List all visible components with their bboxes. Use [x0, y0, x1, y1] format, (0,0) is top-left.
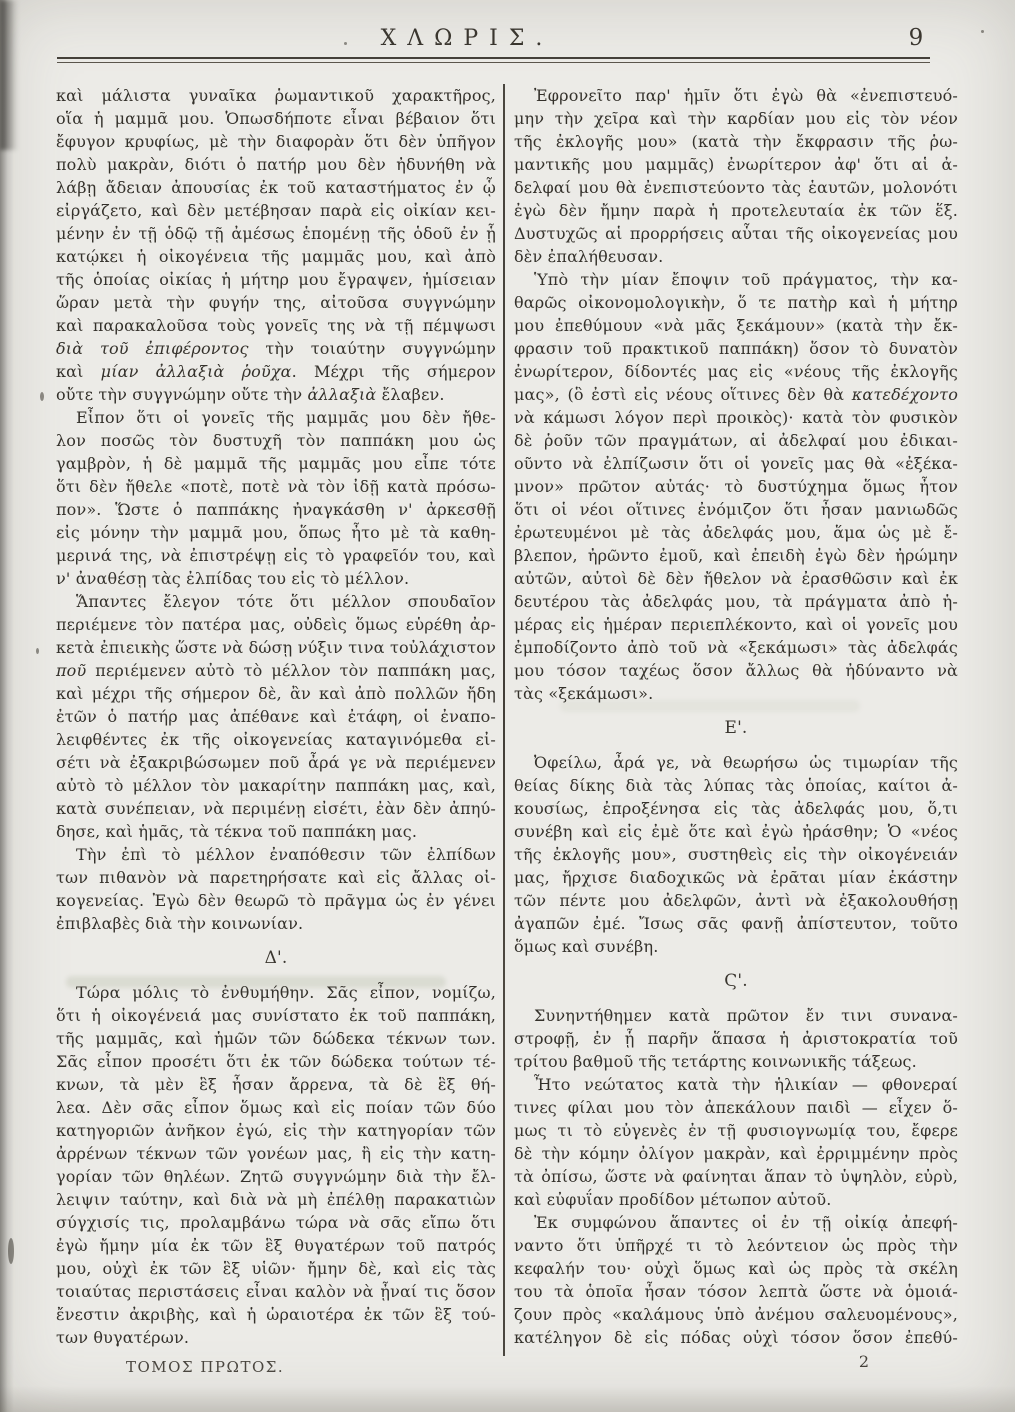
text-line: σύγχισίς τις, προλαμβάνω τώρα νὰ σᾶς εἴπ… [56, 1211, 496, 1234]
text-segment: καὶ μέχρι τῆς σήμερον δὲ, ἂν καὶ ἀπὸ πολ… [56, 684, 496, 703]
text-line: κουσίως, ἐπροξένησα εἰς τὰς ἀδελφάς μου,… [514, 797, 958, 820]
text-segment: δὲ ῥοῦν τῶν πραγμάτων, αἱ ἀδελφαί μου ἐδ… [514, 431, 958, 450]
text-line: μένην ἐν τῇ ὁδῷ τῇ ἀμέσως ἑπομένῃ τῆς ὁδ… [56, 222, 496, 245]
text-segment: κατὰ συνέπειαν, νὰ περιμένῃ εἰσέτι, ἐὰν … [56, 799, 496, 818]
text-line: δὲ ῥοῦν τῶν πραγμάτων, αἱ ἀδελφαί μου ἐδ… [514, 429, 958, 452]
text-segment: μας, ἤρχισε διαδοχικῶς νὰ ἐρᾶται μίαν ἑκ… [514, 868, 958, 887]
text-line: τῆς ἐκλογῆς μου» (κατὰ τὴν ἔκφρασιν τῆς … [514, 130, 958, 153]
signature-number: 2 [854, 1352, 874, 1371]
text-segment: ν' ἀναθέσῃ τὰς ἐλπίδας του εἰς τὸ μέλλον… [56, 569, 409, 588]
text-segment: τῆς μαμμᾶς, καὶ ἡμῶν τῶν δώδεκα τέκνων τ… [56, 1029, 496, 1048]
italic-text: ἀλλαξιὰ [308, 385, 377, 404]
text-line: ναντο ὅτι ὑπῆρχέ τι τὸ λεόντειον ὡς πρὸς… [514, 1234, 958, 1257]
text-line: κετὰ ἐπιεικὴς ὥστε νὰ δώσῃ νύξιν τινα το… [56, 636, 496, 659]
text-segment: αὐτὸ τὸ μέλλον τὸν μακαρίτην παππάκη μας… [56, 776, 496, 795]
header-double-rule [57, 57, 930, 63]
text-segment: φρασιν τοῦ πρακτικοῦ παππάκη) ὅσον τὸ δυ… [514, 339, 958, 358]
paragraph: Συνηντήθημεν κατὰ πρῶτον ἔν τινι συνανα-… [514, 1004, 958, 1073]
text-line: ἐγὼ ἤμην μία ἐκ τῶν ἓξ θυγατέρων τοῦ πατ… [56, 1234, 496, 1257]
text-segment: Ἐφρονεῖτο παρ' ἡμῖν ὅτι ἐγὼ θὰ «ἐνεπιστε… [534, 86, 958, 105]
italic-text: μίαν ἀλλαξιὰ ῥοῦχα [101, 362, 292, 381]
text-segment: ἐγὼ δὲν ἤμην παρὰ ἡ προτελευταία ἐκ τῶν … [514, 201, 958, 220]
text-segment: λον ποσῶς τὸν δυστυχῆ τὸν παππάκη μου ὡς [56, 431, 496, 450]
text-segment: ἐγὼ ἤμην μία ἐκ τῶν ἓξ θυγατέρων τοῦ πατ… [56, 1236, 496, 1255]
text-line: φρασιν τοῦ πρακτικοῦ παππάκη) ὅσον τὸ δυ… [514, 337, 958, 360]
text-line: ἔφυγον κρυφίως, μὲ τὴν διαφορὰν ὅτι δὲν … [56, 130, 496, 153]
text-segment: κατέληγον δὲ εἰς πόδας οὐχὶ τόσον ὅσον ἐ… [514, 1328, 958, 1347]
text-segment: Τώρα μόλις τὸ ἐνθυμήθην. Σᾶς εἶπον, νομί… [76, 983, 496, 1002]
text-line: κατέληγον δὲ εἰς πόδας οὐχὶ τόσον ὅσον ἐ… [514, 1326, 958, 1349]
text-segment: ναντο ὅτι ὑπῆρχέ τι τὸ λεόντειον ὡς πρὸς… [514, 1236, 958, 1255]
text-line: ἀρρένων τέκνων τῶν γονέων μας, ἢ εἰς τὴν… [56, 1142, 496, 1165]
text-line: Ἦτο νεώτατος κατὰ τὴν ἡλικίαν — φθονεραί [514, 1073, 958, 1096]
text-segment: μερινά της, νὰ ἐπιστρέψῃ εἰς τὸ γραφεῖόν… [56, 546, 496, 565]
right-column: Ἐφρονεῖτο παρ' ἡμῖν ὅτι ἐγὼ θὰ «ἐνεπιστε… [514, 84, 958, 1349]
text-segment: μου τόσον ταχέως ὅσον ἄλλως θὰ ἠδύναντο … [514, 661, 958, 680]
text-segment: λειφθέντες ἐκ τῆς οἰκογενείας καταγινόμε… [56, 730, 496, 749]
text-line: Ἐφρονεῖτο παρ' ἡμῖν ὅτι ἐγὼ θὰ «ἐνεπιστε… [514, 84, 958, 107]
column-divider-rule [503, 84, 505, 1356]
document-page: ΧΛΩΡΙΣ. 9 καὶ μάλιστα γυναῖκα ῥωμαντικοῦ… [0, 0, 1015, 1412]
text-line: κογενείας. Ἐγὼ δὲν θεωρῶ τὸ πρᾶγμα ὡς ἐν… [56, 889, 496, 912]
text-line: τῆς ὁποίας οἰκίας ἡ μήτηρ μου ἔγραψεν, ἡ… [56, 268, 496, 291]
text-line: περιέμενε τὸν πατέρα μας, οὐδεὶς ὅμως εὑ… [56, 613, 496, 636]
text-segment: ἐπιβλαβὲς διὰ τὴν κοινωνίαν. [56, 914, 303, 933]
text-line: θαρῶς οἰκονομολογικὴν, ὅ τε πατὴρ καὶ ἡ … [514, 291, 958, 314]
text-segment: καὶ παρακαλοῦσα τοὺς γονεῖς της νὰ τῇ πέ… [56, 316, 496, 335]
text-line: οῦντο νὰ ἐλπίζωσιν ὅτι οἱ γονεῖς μας θὰ … [514, 452, 958, 475]
scan-corner-shadow [0, 0, 20, 150]
text-line: ἐτῶν ὁ πατήρ μας ἀπέθανε καὶ ἐτάφη, οἱ ἐ… [56, 705, 496, 728]
text-line: λεα. Δὲν σᾶς εἶπον ὅμως καὶ εἰς ποίαν τῶ… [56, 1096, 496, 1119]
paragraph: Ὑπὸ τὴν μίαν ἔποψιν τοῦ πράγματος, τὴν κ… [514, 268, 958, 705]
text-segment: Συνηντήθημεν κατὰ πρῶτον ἔν τινι συνανα- [534, 1006, 958, 1025]
text-segment: τὰ ὀπίσω, ὥστε νὰ φαίνηται ἅπαν τὸ ὑψηλὸ… [514, 1167, 958, 1186]
text-line: καὶ παρακαλοῦσα τοὺς γονεῖς της νὰ τῇ πέ… [56, 314, 496, 337]
text-line: τῶν πέντε μου ἀδελφῶν, ἀντὶ νὰ ἐξακολουθ… [514, 889, 958, 912]
text-line: ν' ἀναθέσῃ τὰς ἐλπίδας του εἰς τὸ μέλλον… [56, 567, 496, 590]
volume-label: ΤΟΜΟΣ ΠΡΩΤΟΣ. [126, 1358, 284, 1376]
text-line: νὰ κάμωσι λόγον περὶ προικὸς)· κατὰ τὸν … [514, 406, 958, 429]
text-segment: καὶ [56, 362, 101, 381]
text-segment: Τὴν ἐπὶ τὸ μέλλον ἐναπόθεσιν τῶν ἐλπίδων [76, 845, 496, 864]
text-line: εἰργάζετο, καὶ δὲν μετέβησαν παρὰ εἰς οἰ… [56, 199, 496, 222]
text-line: δελφαί μου θὰ ἐνεπιστεύοντο τὰς ἑαυτῶν, … [514, 176, 958, 199]
text-segment: κουσίως, ἐπροξένησα εἰς τὰς ἀδελφάς μου,… [514, 799, 958, 818]
paragraph: Ἐφρονεῖτο παρ' ἡμῖν ὅτι ἐγὼ θὰ «ἐνεπιστε… [514, 84, 958, 268]
text-segment: περιέμενεν αὐτὸ τὸ μέλλον τὸν παππάκη μα… [86, 661, 496, 680]
text-line: οὔτε τὴν συγγνώμην οὔτε τὴν ἀλλαξιὰ ἔλαβ… [56, 383, 496, 406]
text-segment: λάβῃ ἄδειαν ἀπουσίας ἐκ τοῦ καταστήματος… [56, 178, 496, 197]
text-segment: μως τι τὸ εὐγενὲς ἐν τῇ φυσιογνωμίᾳ του,… [514, 1121, 958, 1140]
paragraph: Τώρα μόλις τὸ ἐνθυμήθην. Σᾶς εἶπον, νομί… [56, 981, 496, 1349]
text-line: καὶ μέχρι τῆς σήμερον δὲ, ἂν καὶ ἀπὸ πολ… [56, 682, 496, 705]
page-number: 9 [896, 25, 936, 51]
scan-speck [981, 30, 984, 33]
text-segment: καὶ μάλιστα γυναῖκα ῥωμαντικοῦ χαρακτῆρο… [56, 86, 496, 105]
text-line: δησε, καὶ ἡμᾶς, τὰ τέκνα τοῦ παππάκη μας… [56, 820, 496, 843]
text-line: θείας δίκης διὰ τὰς λύπας τὰς ὁποίας, κα… [514, 774, 958, 797]
text-segment: τὴν τοιαύτην συγγνώμην [249, 339, 496, 358]
italic-text: διὰ τοῦ ἐπιφέροντος [56, 339, 249, 358]
left-column: καὶ μάλιστα γυναῖκα ῥωμαντικοῦ χαρακτῆρο… [56, 84, 496, 1349]
text-line: Ἅπαντες ἔλεγον τότε ὅτι μέλλον σπουδαῖον [56, 590, 496, 613]
text-line: μας», (ὃ ἐστὶ εἰς νέους οἵτινες δὲν θὰ κ… [514, 383, 958, 406]
text-segment: ἀρρένων τέκνων τῶν γονέων μας, ἢ εἰς τὴν… [56, 1144, 496, 1163]
paragraph: Ἦτο νεώτατος κατὰ τὴν ἡλικίαν — φθονεραί… [514, 1073, 958, 1211]
scan-speck [40, 392, 44, 401]
scan-speck [36, 648, 39, 654]
text-segment: κεφαλήν του· οὐχὶ ὅμως καὶ ὡς πρὸς τὰ σκ… [514, 1259, 958, 1278]
text-segment: ἀγαπῶν ἐμέ. Ἴσως σᾶς φανῇ ἀπίστευτον, το… [514, 914, 958, 933]
text-line: ἐρωτευμένοι μὲ τὰς ἀδελφάς μου, ἅμα ὡς μ… [514, 521, 958, 544]
text-segment: βλεπον, ἠρῶντο ἐμοῦ, καὶ ἐπειδὴ ἐγὼ δὲν … [514, 546, 958, 565]
text-segment: οἵα ἡ μαμμᾶ μου. Ὁπωσδήποτε εἶναι βέβαιο… [56, 109, 496, 128]
text-segment: μας», (ὃ ἐστὶ εἰς νέους οἵτινες δὲν θὰ [514, 385, 852, 404]
text-line: μως τι τὸ εὐγενὲς ἐν τῇ φυσιογνωμίᾳ του,… [514, 1119, 958, 1142]
text-line: ἔνεστιν ἀκριβὴς, καὶ ἡ ὡραιοτέρα ἐκ τῶν … [56, 1303, 496, 1326]
text-line: μην τὴν χεῖρα καὶ τὴν καρδίαν μου εἰς τὸ… [514, 107, 958, 130]
text-segment: των θυγατέρων. [56, 1328, 189, 1347]
text-line: μέρας εἰς ἡμέραν περιεπλέκοντο, καὶ οἱ γ… [514, 613, 958, 636]
text-line: κατῴκει ἡ οἰκογένεια τῆς μαμμᾶς μου, καὶ… [56, 245, 496, 268]
paragraph: καὶ μάλιστα γυναῖκα ῥωμαντικοῦ χαρακτῆρο… [56, 84, 496, 406]
text-line: τινες φίλαι μου τὸν ἀπεκάλουν παιδὶ — εἶ… [514, 1096, 958, 1119]
text-line: δὲν ἐπαλήθευσαν. [514, 245, 958, 268]
text-segment: στροφῇ, ἐν ᾗ παρῆν ἅπασα ἡ ἀριστοκρατία … [514, 1029, 958, 1048]
text-segment: μαντικῆς μου μαμμᾶς) ἐνωρίτερον ἀφ' ὅτι … [514, 155, 958, 174]
page-title: ΧΛΩΡΙΣ. [57, 26, 877, 51]
text-segment: οὔτε τὴν συγγνώμην οὔτε τὴν [56, 385, 308, 404]
text-segment: συνέβη καὶ εἰς ἐμὲ ὅτε καὶ ἐγὼ ἠράσθην; … [514, 822, 958, 841]
text-line: σέτι νὰ ἐξακριβώσωμεν ποῦ ἆρά γε νὰ περι… [56, 751, 496, 774]
section-heading: Ε'. [514, 717, 958, 740]
text-segment: ἔλαβεν. [376, 385, 444, 404]
text-line: ἐγὼ δὲν ἤμην παρὰ ἡ προτελευταία ἐκ τῶν … [514, 199, 958, 222]
text-line: ὅτι ἡ οἰκογένειά μας συνίστατο ἐκ τοῦ πα… [56, 1004, 496, 1027]
text-line: αὐτῶν, αὐτοὶ δὲ δὲν ἤθελον νὰ ἐρασθῶσιν … [514, 567, 958, 590]
text-segment: δευτέρου τὰς ἀδελφάς μου, τὰ πράγματα ἀπ… [514, 592, 958, 611]
text-segment: σέτι νὰ ἐξακριβώσωμεν ποῦ ἆρά γε νὰ περι… [56, 753, 496, 772]
text-line: γαμβρὸν, ἡ δὲ μαμμᾶ τῆς μαμμᾶς μου εἶπε … [56, 452, 496, 475]
text-segment: λεα. Δὲν σᾶς εἶπον ὅμως καὶ εἰς ποίαν τῶ… [56, 1098, 496, 1117]
text-line: ζουν πρὸς «καλάμους ὑπὸ ἀνέμου σαλευομέν… [514, 1303, 958, 1326]
text-segment: τῆς ὁποίας οἰκίας ἡ μήτηρ μου ἔγραψεν, ἡ… [56, 270, 496, 289]
text-line: Ἐκ συμφώνου ἅπαντες οἱ ἐν τῇ οἰκίᾳ ἀπεφή… [514, 1211, 958, 1234]
text-line: καὶ μάλιστα γυναῖκα ῥωμαντικοῦ χαρακτῆρο… [56, 84, 496, 107]
text-line: των πιθανὸν νὰ παρετηρήσατε καὶ εἰς ἄλλα… [56, 866, 496, 889]
text-line: μνον» πρῶτον αὐτάς· τὸ δυστύχημα ὅμως ἦτ… [514, 475, 958, 498]
text-segment: Ὑπὸ τὴν μίαν ἔποψιν τοῦ πράγματος, τὴν κ… [534, 270, 958, 289]
text-line: Δυστυχῶς αἱ προρρήσεις αὗται τῆς οἰκογεν… [514, 222, 958, 245]
text-segment: ἐνωρίτερον, δίδοντές μας εἰς «νέους τῆς … [514, 362, 958, 381]
text-segment: εἰς μόνην τὴν μαμμᾶ μου, ὅπως ἦτο μὲ τὰ … [56, 523, 496, 542]
text-segment: τῆς ἐκλογῆς μου», συστηθεὶς εἰς τὴν οἰκο… [514, 845, 958, 864]
section-heading: Δ'. [56, 947, 496, 970]
text-line: ἐμποδίζοντο ἀπὸ τοῦ νὰ «ξεκάμωσι» τὰς ἀδ… [514, 636, 958, 659]
text-line: δὲ τὴν κόμην ὀλίγον μακρὰν, καὶ ἐρριμμέν… [514, 1142, 958, 1165]
text-segment: μένην ἐν τῇ ὁδῷ τῇ ἀμέσως ἑπομένῃ τῆς ὁδ… [56, 224, 496, 243]
text-line: μου τόσον ταχέως ὅσον ἄλλως θὰ ἠδύναντο … [514, 659, 958, 682]
text-segment: ἔφυγον κρυφίως, μὲ τὴν διαφορὰν ὅτι δὲν … [56, 132, 496, 151]
text-segment: λειψιν ταύτην, καὶ διὰ νὰ μὴ ἐπέλθῃ παρα… [56, 1190, 496, 1209]
scan-bottom-shade [0, 1386, 1015, 1412]
text-segment: δὲ τὴν κόμην ὀλίγον μακρὰν, καὶ ἐρριμμέν… [514, 1144, 958, 1163]
text-line: καὶ μίαν ἀλλαξιὰ ῥοῦχα. Μέχρι τῆς σήμερο… [56, 360, 496, 383]
text-line: ὅτι δὲν ἤθελε «ποτὲ, ποτὲ νὰ τὸν ἰδῇ κατ… [56, 475, 496, 498]
text-segment: οῦντο νὰ ἐλπίζωσιν ὅτι οἱ γονεῖς μας θὰ … [514, 454, 958, 473]
text-line: κατηγοριῶν ἀνῆκον ἐγώ, εἰς τὴν κατηγορία… [56, 1119, 496, 1142]
text-segment: . Μέχρι τῆς σήμερον [292, 362, 496, 381]
text-line: μερινά της, νὰ ἐπιστρέψῃ εἰς τὸ γραφεῖόν… [56, 544, 496, 567]
text-segment: Εἶπον ὅτι οἱ γονεῖς τῆς μαμμᾶς μου δὲν ἤ… [76, 408, 496, 427]
text-segment: κογενείας. Ἐγὼ δὲν θεωρῶ τὸ πρᾶγμα ὡς ἐν… [56, 891, 496, 910]
text-segment: πολὺ μακρὰν, διότι ὁ πατήρ μου δὲν ἠδυνή… [56, 155, 496, 174]
text-segment: περιέμενε τὸν πατέρα μας, οὐδεὶς ὅμως εὑ… [56, 615, 496, 634]
text-segment: ζουν πρὸς «καλάμους ὑπὸ ἀνέμου σαλευομέν… [514, 1305, 958, 1324]
text-line: ἐπιβλαβὲς διὰ τὴν κοινωνίαν. [56, 912, 496, 935]
text-line: τῆς ἐκλογῆς μου», συστηθεὶς εἰς τὴν οἰκο… [514, 843, 958, 866]
scan-speck [8, 1238, 14, 1264]
text-segment: ὅτι οἱ νέοι οἵτινες ἐνόμιζον ὅτι ἦσαν μα… [514, 500, 958, 519]
text-segment: τοιαύτας περιστάσεις εἶναι καλὸν νὰ ᾖναί… [56, 1282, 496, 1301]
text-segment: ὅτι ἡ οἰκογένειά μας συνίστατο ἐκ τοῦ πα… [56, 1006, 496, 1025]
text-line: Ὀφείλω, ἆρά γε, νὰ θεωρήσω ὡς τιμωρίαν τ… [514, 751, 958, 774]
text-line: αὐτὸ τὸ μέλλον τὸν μακαρίτην παππάκη μας… [56, 774, 496, 797]
text-line: μου, οὐχὶ ἐκ τῶν ἓξ υἱῶν· ἤμην δὲ, καὶ ε… [56, 1257, 496, 1280]
text-segment: τινες φίλαι μου τὸν ἀπεκάλουν παιδὶ — εἶ… [514, 1098, 958, 1117]
text-line: βλεπον, ἠρῶντο ἐμοῦ, καὶ ἐπειδὴ ἐγὼ δὲν … [514, 544, 958, 567]
text-segment: μέρας εἰς ἡμέραν περιεπλέκοντο, καὶ οἱ γ… [514, 615, 958, 634]
text-line: Τὴν ἐπὶ τὸ μέλλον ἐναπόθεσιν τῶν ἐλπίδων [56, 843, 496, 866]
paragraph: Τὴν ἐπὶ τὸ μέλλον ἐναπόθεσιν τῶν ἐλπίδων… [56, 843, 496, 935]
text-line: μας, ἤρχισε διαδοχικῶς νὰ ἐρᾶται μίαν ἑκ… [514, 866, 958, 889]
text-line: του τὰ ὁποῖα ἦσαν τόσον λεπτὰ ὥστε νὰ ὁμ… [514, 1280, 958, 1303]
text-segment: τρίτου βαθμοῦ τῆς τετάρτης κοινωνικῆς τά… [514, 1052, 917, 1071]
text-segment: κατῴκει ἡ οἰκογένεια τῆς μαμμᾶς μου, καὶ… [56, 247, 496, 266]
text-segment: καὶ εὐφυΐαν προδίδον μέτωπον αὐτοῦ. [514, 1190, 832, 1209]
text-segment: ὅμως καὶ συνέβη. [514, 937, 658, 956]
text-line: Συνηντήθημεν κατὰ πρῶτον ἔν τινι συνανα- [514, 1004, 958, 1027]
text-line: καὶ εὐφυΐαν προδίδον μέτωπον αὐτοῦ. [514, 1188, 958, 1211]
text-line: Εἶπον ὅτι οἱ γονεῖς τῆς μαμμᾶς μου δὲν ἤ… [56, 406, 496, 429]
text-segment: δὲν ἐπαλήθευσαν. [514, 247, 663, 266]
text-line: μου ἐπεθύμουν «νὰ μᾶς ξεκάμουν» (κατὰ τὴ… [514, 314, 958, 337]
text-line: δευτέρου τὰς ἀδελφάς μου, τὰ πράγματα ἀπ… [514, 590, 958, 613]
text-segment: τῶν πέντε μου ἀδελφῶν, ἀντὶ νὰ ἐξακολουθ… [514, 891, 958, 910]
text-line: ἐνωρίτερον, δίδοντές μας εἰς «νέους τῆς … [514, 360, 958, 383]
text-line: τρίτου βαθμοῦ τῆς τετάρτης κοινωνικῆς τά… [514, 1050, 958, 1073]
text-line: τῆς μαμμᾶς, καὶ ἡμῶν τῶν δώδεκα τέκνων τ… [56, 1027, 496, 1050]
text-segment: μνον» πρῶτον αὐτάς· τὸ δυστύχημα ὅμως ἦτ… [514, 477, 958, 496]
text-segment: ὥραν μετὰ τὴν φυγήν της, αἰτοῦσα συγγνώμ… [56, 293, 496, 312]
text-line: ὅτι οἱ νέοι οἵτινες ἐνόμιζον ὅτι ἦσαν μα… [514, 498, 958, 521]
text-segment: σύγχισίς τις, προλαμβάνω τώρα νὰ σᾶς εἴπ… [56, 1213, 496, 1232]
text-segment: ὅτι δὲν ἤθελε «ποτὲ, ποτὲ νὰ τὸν ἰδῇ κατ… [56, 477, 496, 496]
text-line: κεφαλήν του· οὐχὶ ὅμως καὶ ὡς πρὸς τὰ σκ… [514, 1257, 958, 1280]
text-segment: τῆς ἐκλογῆς μου» (κατὰ τὴν ἔκφρασιν τῆς … [514, 132, 958, 151]
scan-edge-shadow [0, 0, 14, 1412]
text-line: κνων, τὰ μὲν ἓξ ἦσαν ἄρρενα, τὰ δὲ ἓξ θή… [56, 1073, 496, 1096]
text-segment: ἔνεστιν ἀκριβὴς, καὶ ἡ ὡραιοτέρα ἐκ τῶν … [56, 1305, 496, 1324]
text-segment: Δυστυχῶς αἱ προρρήσεις αὗται τῆς οἰκογεν… [514, 224, 958, 243]
text-line: τοιαύτας περιστάσεις εἶναι καλὸν νὰ ᾖναί… [56, 1280, 496, 1303]
text-segment: μου ἐπεθύμουν «νὰ μᾶς ξεκάμουν» (κατὰ τὴ… [514, 316, 958, 335]
text-segment: Ἐκ συμφώνου ἅπαντες οἱ ἐν τῇ οἰκίᾳ ἀπεφή… [534, 1213, 958, 1232]
text-segment: θαρῶς οἰκονομολογικὴν, ὅ τε πατὴρ καὶ ἡ … [514, 293, 958, 312]
text-line: λειψιν ταύτην, καὶ διὰ νὰ μὴ ἐπέλθῃ παρα… [56, 1188, 496, 1211]
text-line: οἵα ἡ μαμμᾶ μου. Ὁπωσδήποτε εἶναι βέβαιο… [56, 107, 496, 130]
text-line: τὰς «ξεκάμωσι». [514, 682, 958, 705]
text-line: Σᾶς εἶπον προσέτι ὅτι ἐκ τῶν δώδεκα τούτ… [56, 1050, 496, 1073]
text-segment: γαμβρὸν, ἡ δὲ μαμμᾶ τῆς μαμμᾶς μου εἶπε … [56, 454, 496, 473]
text-line: μαντικῆς μου μαμμᾶς) ἐνωρίτερον ἀφ' ὅτι … [514, 153, 958, 176]
text-segment: Ἦτο νεώτατος κατὰ τὴν ἡλικίαν — φθονεραί [534, 1075, 958, 1094]
text-line: πολὺ μακρὰν, διότι ὁ πατήρ μου δὲν ἠδυνή… [56, 153, 496, 176]
text-line: πον». Ὥστε ὁ παππάκης ἠναγκάσθη ν' ἀρκεσ… [56, 498, 496, 521]
text-line: λον ποσῶς τὸν δυστυχῆ τὸν παππάκη μου ὡς [56, 429, 496, 452]
text-line: γορίαν τῶν θηλέων. Ζητῶ συγγνώμην διὰ τὴ… [56, 1165, 496, 1188]
text-segment: νὰ κάμωσι λόγον περὶ προικὸς)· κατὰ τὸν … [514, 408, 958, 427]
text-line: τὰ ὀπίσω, ὥστε νὰ φαίνηται ἅπαν τὸ ὑψηλὸ… [514, 1165, 958, 1188]
text-segment: αὐτῶν, αὐτοὶ δὲ δὲν ἤθελον νὰ ἐρασθῶσιν … [514, 569, 958, 588]
text-line: συνέβη καὶ εἰς ἐμὲ ὅτε καὶ ἐγὼ ἠράσθην; … [514, 820, 958, 843]
text-segment: γορίαν τῶν θηλέων. Ζητῶ συγγνώμην διὰ τὴ… [56, 1167, 496, 1186]
text-segment: τὰς «ξεκάμωσι». [514, 684, 653, 703]
text-line: λάβῃ ἄδειαν ἀπουσίας ἐκ τοῦ καταστήματος… [56, 176, 496, 199]
text-segment: δησε, καὶ ἡμᾶς, τὰ τέκνα τοῦ παππάκη μας… [56, 822, 417, 841]
text-segment: μου, οὐχὶ ἐκ τῶν ἓξ υἱῶν· ἤμην δὲ, καὶ ε… [56, 1259, 496, 1278]
text-line: ποῦ περιέμενεν αὐτὸ τὸ μέλλον τὸν παππάκ… [56, 659, 496, 682]
text-segment: Ἅπαντες ἔλεγον τότε ὅτι μέλλον σπουδαῖον [76, 592, 496, 611]
paragraph: Ὀφείλω, ἆρά γε, νὰ θεωρήσω ὡς τιμωρίαν τ… [514, 751, 958, 958]
text-line: ὅμως καὶ συνέβη. [514, 935, 958, 958]
text-line: Τώρα μόλις τὸ ἐνθυμήθην. Σᾶς εἶπον, νομί… [56, 981, 496, 1004]
text-segment: θείας δίκης διὰ τὰς λύπας τὰς ὁποίας, κα… [514, 776, 958, 795]
text-line: Ὑπὸ τὴν μίαν ἔποψιν τοῦ πράγματος, τὴν κ… [514, 268, 958, 291]
text-segment: Σᾶς εἶπον προσέτι ὅτι ἐκ τῶν δώδεκα τούτ… [56, 1052, 496, 1071]
text-line: ὥραν μετὰ τὴν φυγήν της, αἰτοῦσα συγγνώμ… [56, 291, 496, 314]
text-segment: ἐτῶν ὁ πατήρ μας ἀπέθανε καὶ ἐτάφη, οἱ ἐ… [56, 707, 496, 726]
text-segment: μην τὴν χεῖρα καὶ τὴν καρδίαν μου εἰς τὸ… [514, 109, 958, 128]
text-segment: ἐρωτευμένοι μὲ τὰς ἀδελφάς μου, ἅμα ὡς μ… [514, 523, 958, 542]
text-segment: πον». Ὥστε ὁ παππάκης ἠναγκάσθη ν' ἀρκεσ… [56, 500, 496, 519]
text-segment: κετὰ ἐπιεικὴς ὥστε νὰ δώσῃ νύξιν τινα το… [56, 638, 496, 657]
text-segment: των πιθανὸν νὰ παρετηρήσατε καὶ εἰς ἄλλα… [56, 868, 496, 887]
text-segment: κνων, τὰ μὲν ἓξ ἦσαν ἄρρενα, τὰ δὲ ἓξ θή… [56, 1075, 496, 1094]
text-line: λειφθέντες ἐκ τῆς οἰκογενείας καταγινόμε… [56, 728, 496, 751]
text-segment: ἐμποδίζοντο ἀπὸ τοῦ νὰ «ξεκάμωσι» τὰς ἀδ… [514, 638, 958, 657]
text-line: των θυγατέρων. [56, 1326, 496, 1349]
italic-text: ποῦ [56, 661, 86, 680]
paragraph: Ἐκ συμφώνου ἅπαντες οἱ ἐν τῇ οἰκίᾳ ἀπεφή… [514, 1211, 958, 1349]
italic-text: κατεδέχοντο [852, 385, 958, 404]
text-line: στροφῇ, ἐν ᾗ παρῆν ἅπασα ἡ ἀριστοκρατία … [514, 1027, 958, 1050]
text-line: κατὰ συνέπειαν, νὰ περιμένῃ εἰσέτι, ἐὰν … [56, 797, 496, 820]
text-segment: δελφαί μου θὰ ἐνεπιστεύοντο τὰς ἑαυτῶν, … [514, 178, 958, 197]
text-segment: εἰργάζετο, καὶ δὲν μετέβησαν παρὰ εἰς οἰ… [56, 201, 496, 220]
text-segment: του τὰ ὁποῖα ἦσαν τόσον λεπτὰ ὥστε νὰ ὁμ… [514, 1282, 958, 1301]
text-line: ἀγαπῶν ἐμέ. Ἴσως σᾶς φανῇ ἀπίστευτον, το… [514, 912, 958, 935]
text-line: εἰς μόνην τὴν μαμμᾶ μου, ὅπως ἦτο μὲ τὰ … [56, 521, 496, 544]
paragraph: Εἶπον ὅτι οἱ γονεῖς τῆς μαμμᾶς μου δὲν ἤ… [56, 406, 496, 590]
text-segment: κατηγοριῶν ἀνῆκον ἐγώ, εἰς τὴν κατηγορία… [56, 1121, 496, 1140]
text-line: διὰ τοῦ ἐπιφέροντος τὴν τοιαύτην συγγνώμ… [56, 337, 496, 360]
text-segment: Ὀφείλω, ἆρά γε, νὰ θεωρήσω ὡς τιμωρίαν τ… [534, 753, 958, 772]
section-heading: Ϛ'. [514, 970, 958, 993]
paragraph: Ἅπαντες ἔλεγον τότε ὅτι μέλλον σπουδαῖον… [56, 590, 496, 843]
